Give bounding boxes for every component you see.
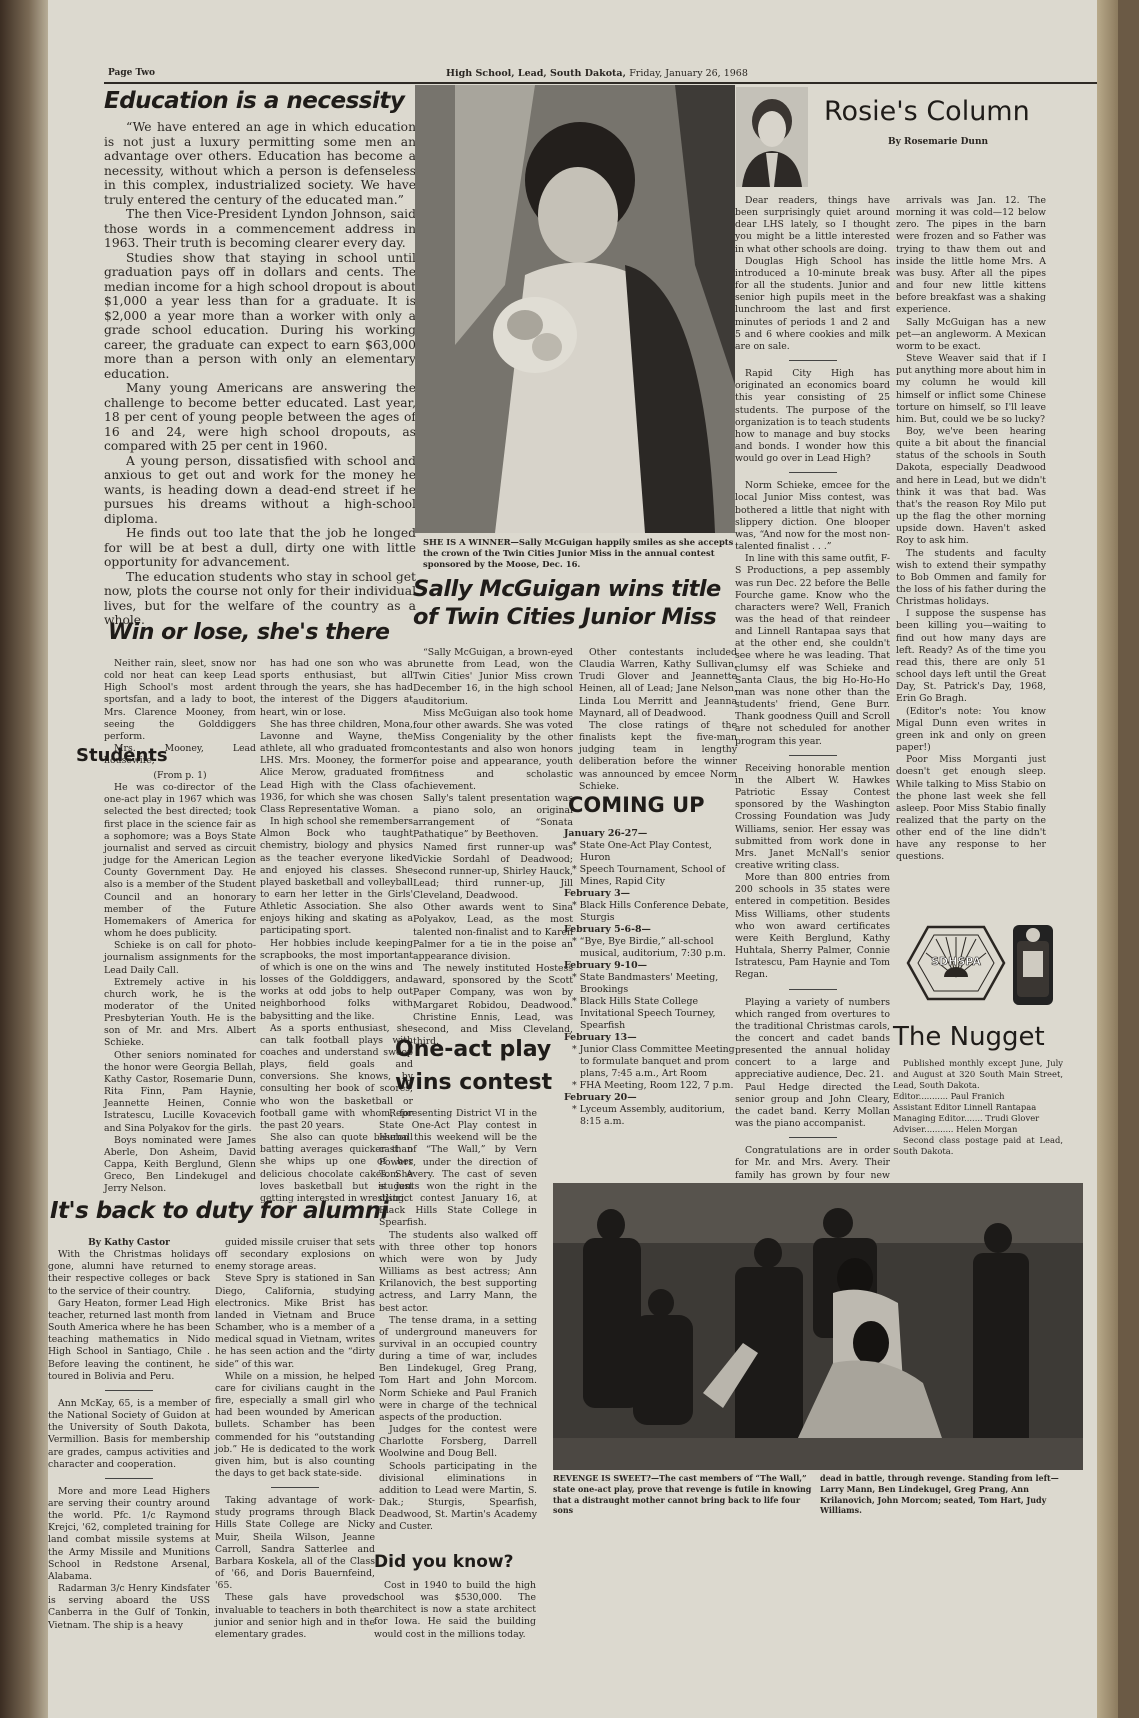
paragraph: Steve Spry is stationed in San Diego, Ca… xyxy=(215,1273,375,1370)
paragraph: The students and faculty wish to extend … xyxy=(896,548,1046,609)
nugget-headline: The Nugget xyxy=(893,1022,1045,1052)
paragraph: Schieke is on call for photo-journalism … xyxy=(104,940,256,976)
paragraph: Other contestants included Claudia Warre… xyxy=(579,647,737,720)
paragraph: Her hobbies include keeping scrapbooks, … xyxy=(260,938,413,1023)
paragraph: has had one son who was a sports enthusi… xyxy=(260,658,413,719)
one-act-article: Representing District VI in the State On… xyxy=(379,1108,537,1533)
paragraph: The close ratings of the finalists kept … xyxy=(579,720,737,793)
event-date: February 20— xyxy=(564,1092,740,1104)
staff-editor: Editor........... Paul Franich xyxy=(893,1091,1063,1102)
paragraph: Gary Heaton, former Lead High teacher, r… xyxy=(48,1298,210,1383)
play-photo-caption-right: dead in battle, through revenge. Standin… xyxy=(820,1473,1082,1516)
paragraph: Taking advantage of work-study programs … xyxy=(215,1495,375,1592)
paragraph: Representing District VI in the State On… xyxy=(379,1108,537,1230)
paragraph: Neither rain, sleet, snow nor cold nor h… xyxy=(104,658,256,743)
one-act-headline-line1: One-act play xyxy=(395,1033,552,1066)
paragraph: The students also walked off with three … xyxy=(379,1230,537,1315)
paragraph: Boy, we've been hearing quite a bit abou… xyxy=(896,426,1046,548)
paragraph: (Editor's note: You know Migal Dunn even… xyxy=(896,706,1046,755)
paragraph: Extremely active in his church work, he … xyxy=(104,977,256,1050)
paragraph: While on a mission, he helped care for c… xyxy=(215,1371,375,1480)
staff-adviser: Adviser........... Helen Morgan xyxy=(893,1124,1063,1135)
sally-headline-line1: Sally McGuigan wins title xyxy=(413,575,721,603)
play-cast-photo xyxy=(553,1183,1083,1470)
play-photo-caption-left: REVENGE IS SWEET?—The cast members of “T… xyxy=(553,1473,815,1516)
sally-headline-line2: of Twin Cities Junior Miss xyxy=(413,603,721,631)
paragraph: These gals have proved invaluable to tea… xyxy=(215,1592,375,1641)
event-date: February 13— xyxy=(564,1032,740,1044)
paragraph: Ann McKay, 65, is a member of the Nation… xyxy=(48,1398,210,1471)
event-date: February 3— xyxy=(564,888,740,900)
separator xyxy=(789,360,837,361)
alumni-col1: By Kathy Castor With the Christmas holid… xyxy=(48,1237,210,1632)
paragraph: Dear readers, things have been surprisin… xyxy=(735,195,890,256)
students-headline: Students xyxy=(76,745,168,766)
paragraph: With the Christmas holidays gone, alumni… xyxy=(48,1249,210,1298)
event-date: February 5-6-8— xyxy=(564,924,740,936)
paragraph: Cost in 1940 to build the high school wa… xyxy=(374,1580,536,1641)
separator xyxy=(789,1137,837,1138)
portrait-icon xyxy=(736,87,808,187)
columnist-photo xyxy=(736,87,808,187)
event-item: * “Bye, Bye Birdie,” all-school musical,… xyxy=(564,936,740,960)
paragraph: She has three children, Mona, Lavonne an… xyxy=(260,719,413,816)
paragraph: “Sally McGuigan, a brown-eyed brunette f… xyxy=(413,647,573,708)
paragraph: arrivals was Jan. 12. The morning it was… xyxy=(896,195,1046,317)
alumni-col2: guided missile cruiser that sets off sec… xyxy=(215,1237,375,1641)
paragraph: Playing a variety of numbers which range… xyxy=(735,997,890,1082)
paragraph: Boys nominated were James Aberle, Don As… xyxy=(104,1135,256,1196)
event-item: * Black Hills State College Invitational… xyxy=(564,996,740,1032)
paragraph: In line with this same outfit, F-S Produ… xyxy=(735,553,890,748)
stage-scene-icon xyxy=(553,1183,1083,1470)
postage-note: Second class postage paid at Lead, South… xyxy=(893,1135,1063,1157)
event-item: * State One-Act Play Contest, Huron xyxy=(564,840,740,864)
paragraph: In high school she remembers Almon Bock … xyxy=(260,816,413,938)
rosie-col1: Dear readers, things have been surprisin… xyxy=(735,195,890,1194)
event-item: * State Bandmasters' Meeting, Brookings xyxy=(564,972,740,996)
page-label: Page Two xyxy=(108,68,155,78)
book-binding xyxy=(0,0,48,1718)
publication-note: Published monthly except June, July and … xyxy=(893,1058,1063,1091)
crest-emblem xyxy=(1013,925,1053,1005)
one-act-headline: One-act play wins contest xyxy=(395,1033,552,1099)
paragraph: The tense drama, in a setting of undergr… xyxy=(379,1315,537,1424)
paragraph: Radarman 3/c Henry Kindsfater is serving… xyxy=(48,1583,210,1632)
coming-up-headline: COMING UP xyxy=(568,793,705,817)
winner-photo-caption: SHE IS A WINNER—Sally McGuigan happily s… xyxy=(423,537,735,570)
paragraph: “We have entered an age in which educati… xyxy=(104,120,416,207)
rosie-col2: arrivals was Jan. 12. The morning it was… xyxy=(896,195,1046,864)
alumni-byline: By Kathy Castor xyxy=(48,1237,210,1249)
paragraph: Miss McGuigan also took home four other … xyxy=(413,708,573,793)
paragraph: Other seniors nominated for the honor we… xyxy=(104,1050,256,1135)
paragraph: Named first runner-up was Vickie Sordahl… xyxy=(413,842,573,903)
event-date: January 26-27— xyxy=(564,828,740,840)
paragraph: The then Vice-President Lyndon Johnson, … xyxy=(104,207,416,251)
separator xyxy=(789,472,837,473)
sally-article-col2: Other contestants included Claudia Warre… xyxy=(579,647,737,793)
alumni-headline: It's back to duty for alumni xyxy=(50,1198,388,1224)
event-item: * Black Hills Conference Debate, Sturgis xyxy=(564,900,740,924)
paragraph: Schools participating in the divisional … xyxy=(379,1461,537,1534)
from-page-note: (From p. 1) xyxy=(104,770,256,782)
paragraph: Other awards went to Sina Polyakov, Lead… xyxy=(413,902,573,963)
paragraph: Judges for the contest were Charlotte Fo… xyxy=(379,1424,537,1460)
rosie-headline: Rosie's Column xyxy=(824,96,1030,127)
did-you-know-headline: Did you know? xyxy=(374,1552,513,1572)
paragraph: I suppose the suspense has been killing … xyxy=(896,608,1046,705)
event-item: * Speech Tournament, School of Mines, Ra… xyxy=(564,864,740,888)
one-act-headline-line2: wins contest xyxy=(395,1066,552,1099)
rosie-byline: By Rosemarie Dunn xyxy=(888,137,988,147)
paragraph: Paul Hedge directed the senior group and… xyxy=(735,1082,890,1131)
press-association-seal: SDHSPA xyxy=(906,925,1006,1001)
separator xyxy=(271,1487,319,1488)
issue-date: Friday, January 26, 1968 xyxy=(629,68,748,79)
header-rule xyxy=(104,82,1104,84)
paragraph: A young person, dissatisfied with school… xyxy=(104,454,416,527)
staff-assistant-editor: Assistant Editor Linnell Rantapaa xyxy=(893,1102,1063,1113)
next-page-edge xyxy=(1097,0,1118,1718)
staff-managing-editor: Managing Editor....... Trudi Glover xyxy=(893,1113,1063,1124)
event-item: * Lyceum Assembly, auditorium, 8:15 a.m. xyxy=(564,1104,740,1128)
newspaper-page: Page Two High School, Lead, South Dakota… xyxy=(48,0,1118,1718)
sally-headline: Sally McGuigan wins title of Twin Cities… xyxy=(413,575,721,631)
students-article: (From p. 1) He was co-director of the on… xyxy=(104,770,256,1195)
separator xyxy=(105,1478,153,1479)
education-article: “We have entered an age in which educati… xyxy=(104,120,416,628)
queen-portrait-icon xyxy=(415,85,735,533)
education-headline: Education is a necessity xyxy=(104,88,404,114)
paragraph: Receiving honorable mention in the Alber… xyxy=(735,763,890,872)
crest-icon xyxy=(1013,925,1053,1005)
paragraph: Rapid City High has originated an econom… xyxy=(735,368,890,465)
separator xyxy=(105,1390,153,1391)
win-lose-headline: Win or lose, she's there xyxy=(108,620,389,645)
paragraph: He finds out too late that the job he lo… xyxy=(104,526,416,570)
nugget-masthead-info: Published monthly except June, July and … xyxy=(893,1058,1063,1157)
paragraph: Studies show that staying in school unti… xyxy=(104,251,416,382)
paragraph: Norm Schieke, emcee for the local Junior… xyxy=(735,480,890,553)
paragraph: Sally McGuigan has a new pet—an anglewor… xyxy=(896,317,1046,353)
paragraph: Sally's talent presentation was a piano … xyxy=(413,793,573,842)
paragraph: The education students who stay in schoo… xyxy=(104,570,416,628)
event-date: February 9-10— xyxy=(564,960,740,972)
paper-line: High School, Lead, South Dakota, Friday,… xyxy=(446,68,748,79)
paper-location: High School, Lead, South Dakota, xyxy=(446,68,626,79)
did-you-know-article: Cost in 1940 to build the high school wa… xyxy=(374,1580,536,1641)
paragraph: Many young Americans are answering the c… xyxy=(104,381,416,454)
paragraph: Douglas High School has introduced a 10-… xyxy=(735,256,890,353)
event-item: * Junior Class Committee Meeting to form… xyxy=(564,1044,740,1080)
separator xyxy=(789,755,837,756)
paragraph: Steve Weaver said that if I put anything… xyxy=(896,353,1046,426)
paragraph: Poor Miss Morganti just doesn't get enou… xyxy=(896,754,1046,863)
sally-article-col1: “Sally McGuigan, a brown-eyed brunette f… xyxy=(413,647,573,1048)
paragraph: More than 800 entries from 200 schools i… xyxy=(735,872,890,981)
event-item: * FHA Meeting, Room 122, 7 p.m. xyxy=(564,1080,740,1092)
paragraph: More and more Lead Highers are serving t… xyxy=(48,1486,210,1583)
press-seal-icon: SDHSPA xyxy=(906,925,1006,1001)
svg-text:SDHSPA: SDHSPA xyxy=(931,955,981,968)
paragraph: guided missile cruiser that sets off sec… xyxy=(215,1237,375,1273)
separator xyxy=(789,989,837,990)
coming-up-list: January 26-27— * State One-Act Play Cont… xyxy=(564,828,740,1128)
paragraph: He was co-director of the one-act play i… xyxy=(104,782,256,940)
winner-photo xyxy=(415,85,735,533)
